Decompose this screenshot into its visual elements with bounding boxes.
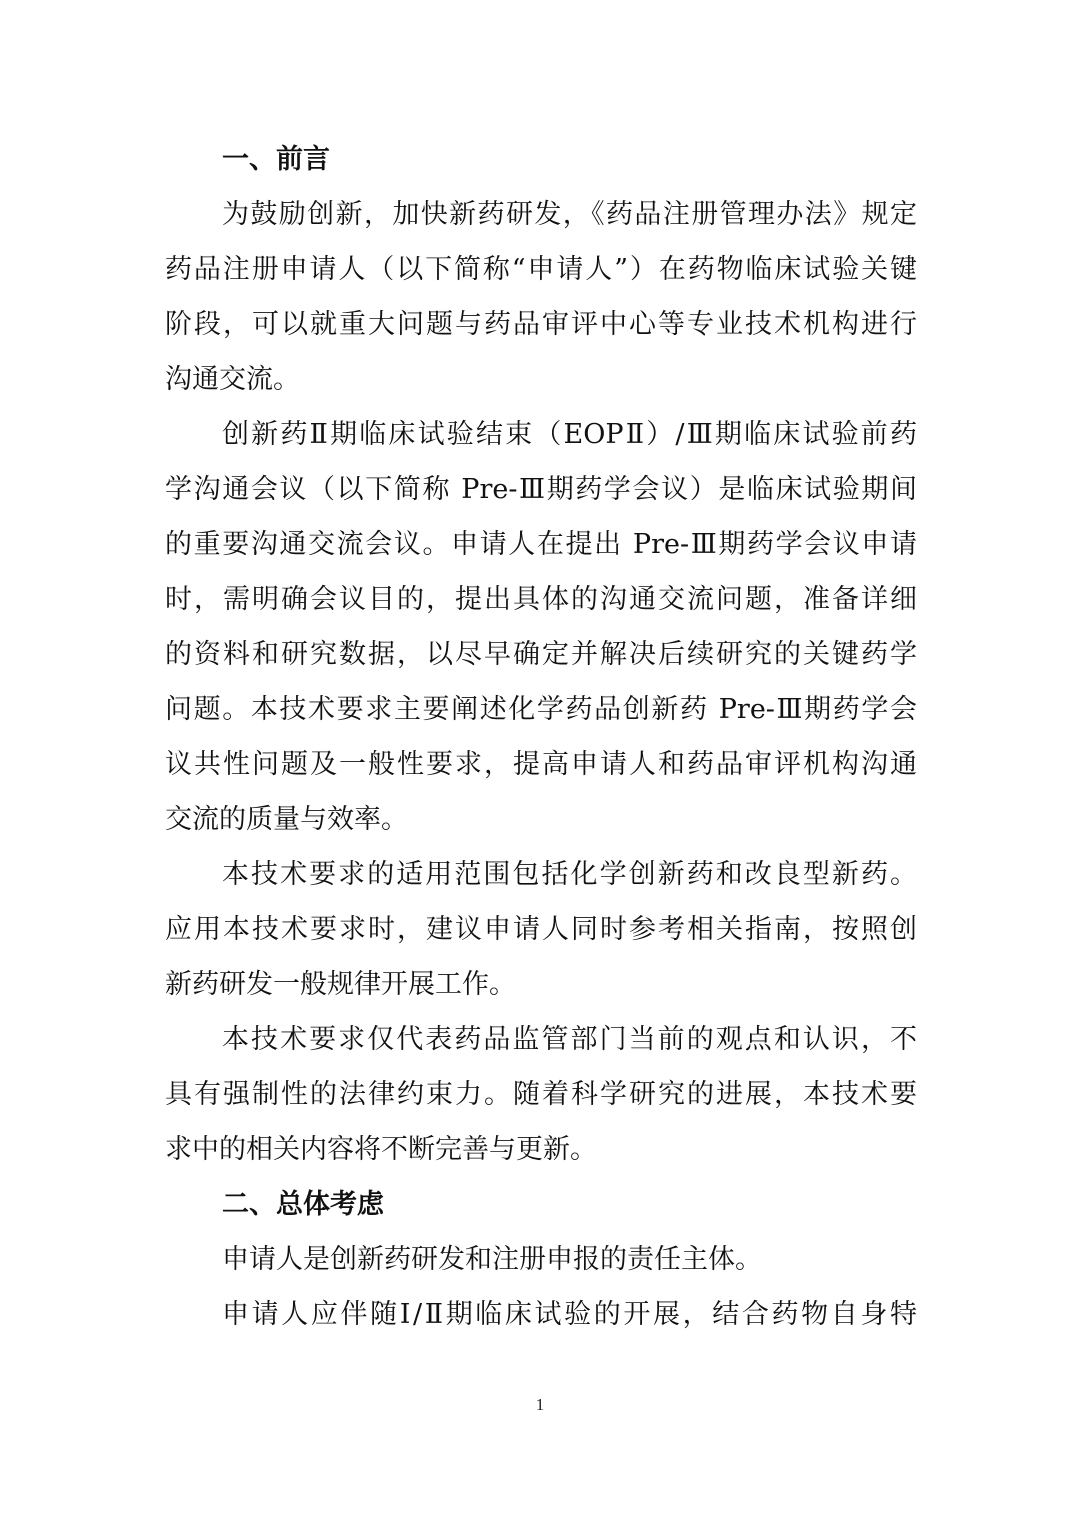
paragraph-line: 具有强制性的法律约束力。随着科学研究的进展，本技术要 <box>165 1077 917 1113</box>
paragraph-line: 的资料和研究数据，以尽早确定并解决后续研究的关键药学 <box>165 637 917 673</box>
paragraph-line: 药品注册申请人（以下简称“申请人”）在药物临床试验关键 <box>165 252 917 288</box>
paragraph-line: 求中的相关内容将不断完善与更新。 <box>165 1132 917 1168</box>
paragraph-line: 的重要沟通交流会议。申请人在提出 Pre-Ⅲ期药学会议申请 <box>165 527 917 563</box>
paragraph-line: 为鼓励创新，加快新药研发，《药品注册管理办法》规定 <box>222 197 917 233</box>
paragraph-line: 应用本技术要求时，建议申请人同时参考相关指南，按照创 <box>165 912 917 948</box>
paragraph-line: 沟通交流。 <box>165 362 917 398</box>
section-heading-overall-considerations: 二、总体考虑 <box>222 1187 384 1223</box>
paragraph-line: 学沟通会议（以下简称 Pre-Ⅲ期药学会议）是临床试验期间 <box>165 472 917 508</box>
paragraph-line: 本技术要求仅代表药品监管部门当前的观点和认识，不 <box>222 1022 917 1058</box>
paragraph-line: 问题。本技术要求主要阐述化学药品创新药 Pre-Ⅲ期药学会 <box>165 692 917 728</box>
paragraph-line: 新药研发一般规律开展工作。 <box>165 967 917 1003</box>
paragraph-line: 交流的质量与效率。 <box>165 802 917 838</box>
paragraph-line: 议共性问题及一般性要求，提高申请人和药品审评机构沟通 <box>165 747 917 783</box>
paragraph-line: 时，需明确会议目的，提出具体的沟通交流问题，准备详细 <box>165 582 917 618</box>
paragraph-line: 创新药Ⅱ期临床试验结束（EOPⅡ）/Ⅲ期临床试验前药 <box>222 417 917 453</box>
section-heading-preface: 一、前言 <box>222 142 330 178</box>
paragraph-line: 阶段，可以就重大问题与药品审评中心等专业技术机构进行 <box>165 307 917 343</box>
paragraph-line: 本技术要求的适用范围包括化学创新药和改良型新药。 <box>222 857 917 893</box>
paragraph-line: 申请人是创新药研发和注册申报的责任主体。 <box>222 1242 917 1278</box>
page-number: 1 <box>0 1395 1080 1415</box>
paragraph-line: 申请人应伴随Ⅰ/Ⅱ期临床试验的开展，结合药物自身特 <box>222 1297 917 1333</box>
document-page: 一、前言 为鼓励创新，加快新药研发，《药品注册管理办法》规定 药品注册申请人（以… <box>0 0 1080 1527</box>
